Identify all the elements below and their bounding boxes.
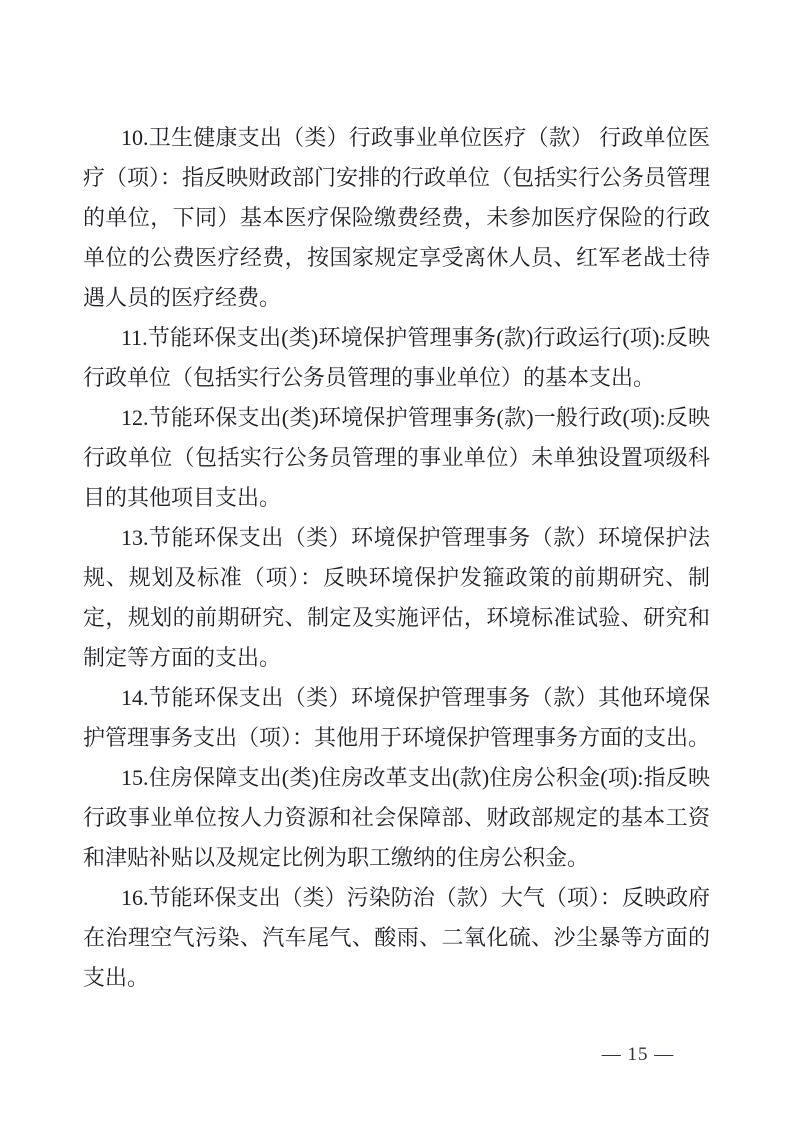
paragraph-16: 16.节能环保支出（类）污染防治（款）大气（项）：反映政府在治理空气污染、汽车尾… [83,878,710,998]
paragraph-14: 14.节能环保支出（类）环境保护管理事务（款）其他环境保护管理事务支出（项）：其… [83,678,710,758]
document-body: 10.卫生健康支出（类）行政事业单位医疗（款） 行政单位医疗（项）：指反映财政部… [83,118,710,998]
page-number: — 15 — [558,1042,718,1068]
paragraph-15: 15.住房保障支出(类)住房改革支出(款)住房公积金(项):指反映行政事业单位按… [83,758,710,878]
paragraph-10: 10.卫生健康支出（类）行政事业单位医疗（款） 行政单位医疗（项）：指反映财政部… [83,118,710,318]
paragraph-13: 13.节能环保支出（类）环境保护管理事务（款）环境保护法规、规划及标准（项）：反… [83,518,710,678]
paragraph-11: 11.节能环保支出(类)环境保护管理事务(款)行政运行(项):反映行政单位（包括… [83,318,710,398]
document-page: 10.卫生健康支出（类）行政事业单位医疗（款） 行政单位医疗（项）：指反映财政部… [0,0,793,1122]
paragraph-12: 12.节能环保支出(类)环境保护管理事务(款)一般行政(项):反映行政单位（包括… [83,398,710,518]
